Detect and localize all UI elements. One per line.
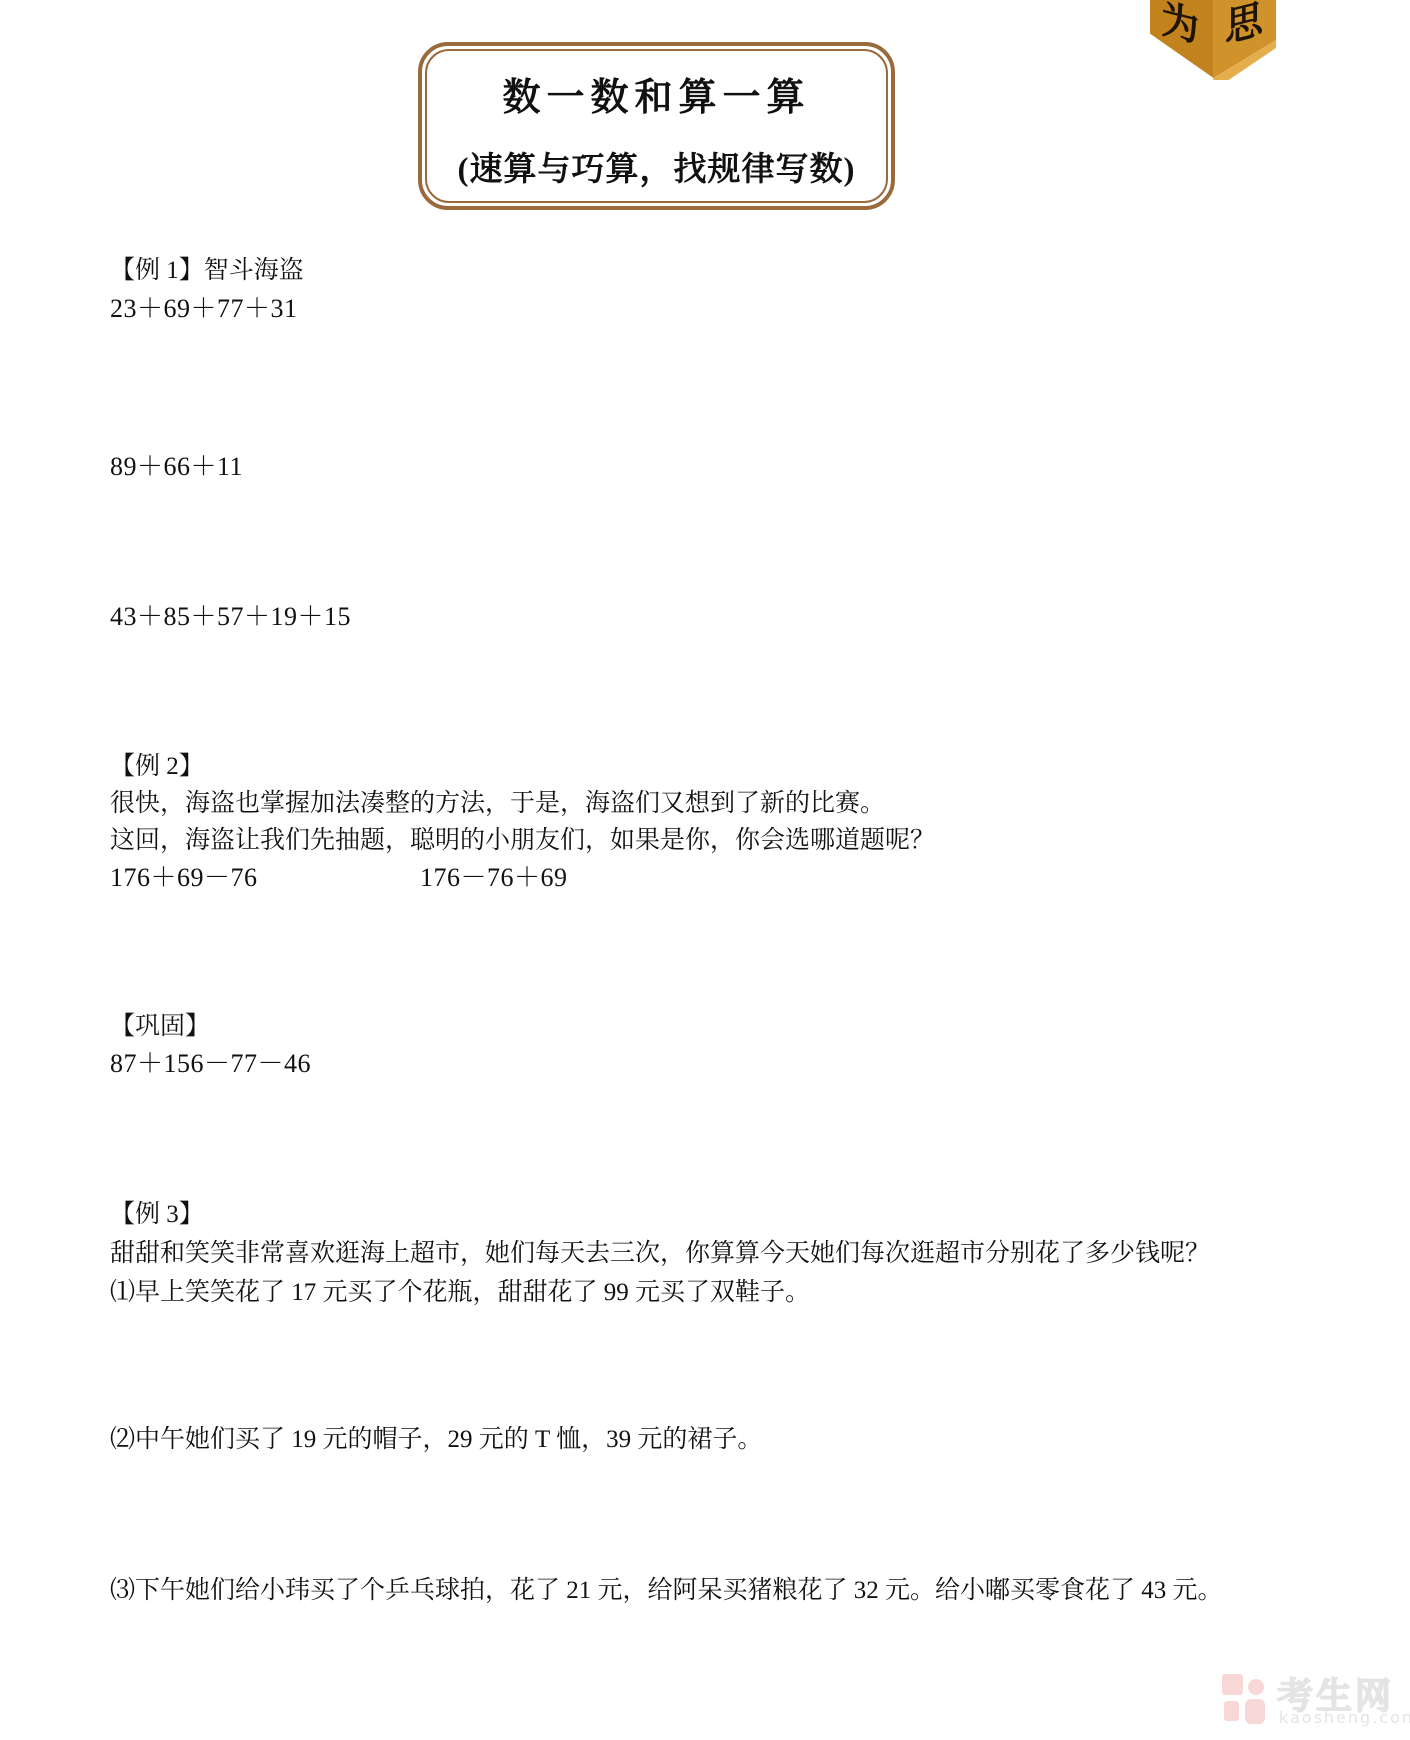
worksheet-subtitle: (速算与巧算，找规律写数) bbox=[458, 143, 856, 190]
example2-paragraph-2: 这回，海盗让我们先抽题，聪明的小朋友们，如果是你，你会选哪道题呢？ bbox=[110, 826, 935, 856]
example1-heading: 【例 1】智斗海盗 bbox=[110, 256, 304, 286]
example2-paragraph-1: 很快，海盗也掌握加法凑整的方法，于是，海盗们又想到了新的比赛。 bbox=[110, 789, 885, 819]
logo-block bbox=[1224, 1701, 1239, 1721]
example1-expression-1: 23＋69＋77＋31 bbox=[110, 294, 298, 324]
logo-block bbox=[1245, 1699, 1265, 1724]
example3-item-1: ⑴早上笑笑花了 17 元买了个花瓶，甜甜花了 99 元买了双鞋子。 bbox=[110, 1278, 810, 1308]
example3-item-2: ⑵中午她们买了 19 元的帽子，29 元的 T 恤，39 元的裙子。 bbox=[110, 1425, 762, 1455]
worksheet-page: 为 思 数一数和算一算 (速算与巧算，找规律写数) 【例 1】智斗海盗 23＋6… bbox=[0, 0, 1410, 1740]
kaosheng-watermark: 考生网 kaosheng.com bbox=[1222, 1672, 1397, 1727]
example2-heading: 【例 2】 bbox=[110, 752, 204, 782]
example3-item-3: ⑶下午她们给小玮买了个乒乓球拍，花了 21 元，给阿呆买猪粮花了 32 元。给小… bbox=[110, 1576, 1223, 1606]
title-box: 数一数和算一算 (速算与巧算，找规律写数) bbox=[418, 42, 895, 210]
example2-expression-left: 176＋69－76 bbox=[110, 863, 258, 893]
logo-block bbox=[1248, 1679, 1264, 1695]
example1-expression-2: 89＋66＋11 bbox=[110, 452, 243, 482]
kaosheng-domain: kaosheng.com bbox=[1279, 1708, 1410, 1727]
worksheet-title: 数一数和算一算 bbox=[502, 66, 810, 121]
consolidation-expression: 87＋156－77－46 bbox=[110, 1049, 311, 1079]
title-box-inner-border: 数一数和算一算 (速算与巧算，找规律写数) bbox=[425, 49, 888, 203]
logo-block bbox=[1222, 1674, 1243, 1695]
kaosheng-logo-icon bbox=[1222, 1672, 1270, 1724]
example3-heading: 【例 3】 bbox=[110, 1200, 204, 1230]
cube-left-character: 为 bbox=[1161, 0, 1199, 54]
brand-cube-icon: 为 思 bbox=[1150, 0, 1276, 80]
example2-expression-right: 176－76＋69 bbox=[420, 863, 568, 893]
example3-intro: 甜甜和笑笑非常喜欢逛海上超市，她们每天去三次，你算算今天她们每次逛超市分别花了多… bbox=[110, 1239, 1210, 1269]
example1-expression-3: 43＋85＋57＋19＋15 bbox=[110, 602, 351, 632]
consolidation-heading: 【巩固】 bbox=[110, 1012, 210, 1042]
cube-right-character: 思 bbox=[1225, 0, 1263, 54]
